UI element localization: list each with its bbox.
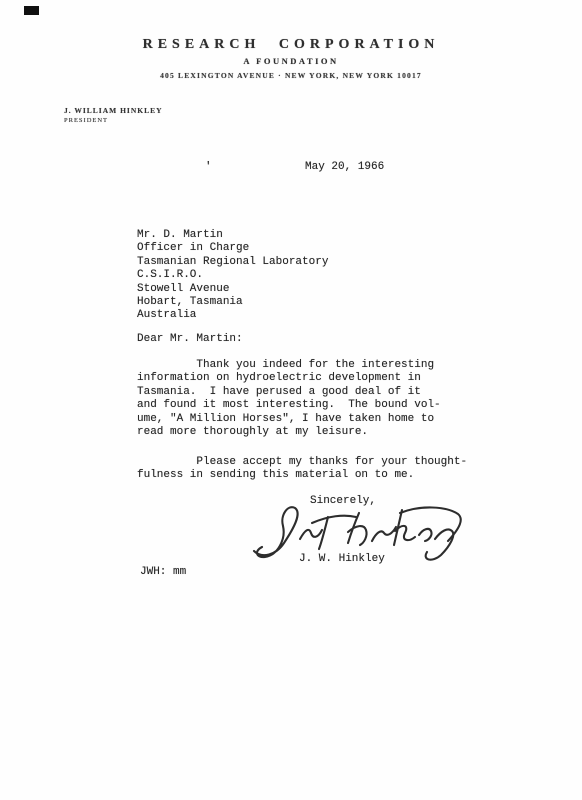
company-subtitle: A FOUNDATION (0, 56, 582, 66)
salutation: Dear Mr. Martin: (137, 333, 243, 346)
body-paragraph-2: Please accept my thanks for your thought… (137, 456, 467, 483)
letter-date: May 20, 1966 (305, 161, 384, 174)
typed-signature-name: J. W. Hinkley (299, 553, 385, 566)
reference-initials: JWH: mm (140, 566, 186, 579)
scan-artifact-mark (24, 6, 39, 15)
letterhead: RESEARCH CORPORATION A FOUNDATION 405 LE… (0, 37, 582, 80)
officer-block: J. WILLIAM HINKLEY PRESIDENT (64, 106, 163, 124)
officer-title: PRESIDENT (64, 117, 163, 124)
stray-mark: ' (205, 161, 212, 174)
company-name: RESEARCH CORPORATION (0, 37, 582, 53)
body-paragraph-1: Thank you indeed for the interesting inf… (137, 359, 441, 439)
recipient-address-block: Mr. D. Martin Officer in Charge Tasmania… (137, 229, 328, 323)
officer-name: J. WILLIAM HINKLEY (64, 106, 163, 115)
company-address: 405 LEXINGTON AVENUE · NEW YORK, NEW YOR… (0, 71, 582, 80)
scanned-letter-page: RESEARCH CORPORATION A FOUNDATION 405 LE… (0, 0, 582, 800)
